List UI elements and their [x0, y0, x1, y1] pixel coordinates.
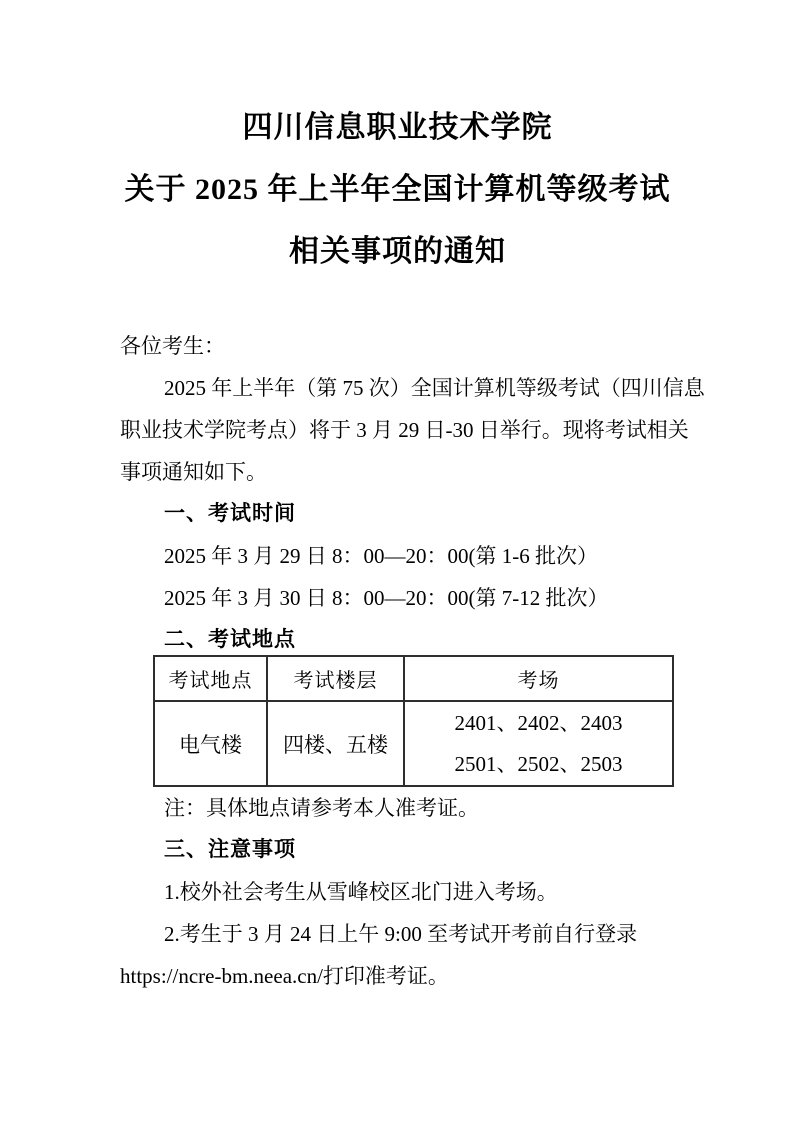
notice-document-page: 四川信息职业技术学院 关于 2025 年上半年全国计算机等级考试 相关事项的通知… — [0, 0, 793, 1122]
location-note: 注：具体地点请参考本人准考证。 — [120, 787, 675, 829]
title-line-1: 四川信息职业技术学院 — [120, 97, 675, 159]
exam-time-line-1: 2025 年 3 月 29 日 8：00—20：00(第 1-6 批次） — [120, 535, 675, 577]
intro-line-3: 事项通知如下。 — [120, 451, 675, 493]
column-header-exam-room: 考场 — [404, 656, 673, 701]
intro-line-1: 2025 年上半年（第 75 次）全国计算机等级考试（四川信息 — [120, 367, 675, 409]
rooms-line-2: 2501、2502、2503 — [405, 744, 672, 785]
salutation: 各位考生： — [120, 325, 675, 367]
section-3-heading: 三、注意事项 — [120, 829, 675, 871]
note-item-2-line-2: https://ncre-bm.neea.cn/打印准考证。 — [120, 955, 675, 997]
section-1-heading: 一、考试时间 — [120, 493, 675, 535]
note-item-2-line-1: 2.考生于 3 月 24 日上午 9:00 至考试开考前自行登录 — [120, 913, 675, 955]
title-line-3: 相关事项的通知 — [120, 221, 675, 283]
exam-time-line-2: 2025 年 3 月 30 日 8：00—20：00(第 7-12 批次） — [120, 577, 675, 619]
document-content: 四川信息职业技术学院 关于 2025 年上半年全国计算机等级考试 相关事项的通知… — [0, 0, 793, 997]
cell-floors: 四楼、五楼 — [267, 701, 404, 786]
column-header-exam-location: 考试地点 — [154, 656, 267, 701]
exam-location-table: 考试地点 考试楼层 考场 电气楼 四楼、五楼 2401、2402、2403 25… — [153, 655, 674, 787]
rooms-line-1: 2401、2402、2403 — [405, 703, 672, 744]
document-title: 四川信息职业技术学院 关于 2025 年上半年全国计算机等级考试 相关事项的通知 — [120, 97, 675, 283]
cell-rooms: 2401、2402、2403 2501、2502、2503 — [404, 701, 673, 786]
column-header-exam-floor: 考试楼层 — [267, 656, 404, 701]
document-body: 各位考生： 2025 年上半年（第 75 次）全国计算机等级考试（四川信息 职业… — [120, 325, 675, 997]
title-line-2: 关于 2025 年上半年全国计算机等级考试 — [120, 159, 675, 221]
table-row: 电气楼 四楼、五楼 2401、2402、2403 2501、2502、2503 — [154, 701, 673, 786]
cell-location: 电气楼 — [154, 701, 267, 786]
note-item-1: 1.校外社会考生从雪峰校区北门进入考场。 — [120, 871, 675, 913]
intro-line-2: 职业技术学院考点）将于 3 月 29 日-30 日举行。现将考试相关 — [120, 409, 675, 451]
table-header-row: 考试地点 考试楼层 考场 — [154, 656, 673, 701]
